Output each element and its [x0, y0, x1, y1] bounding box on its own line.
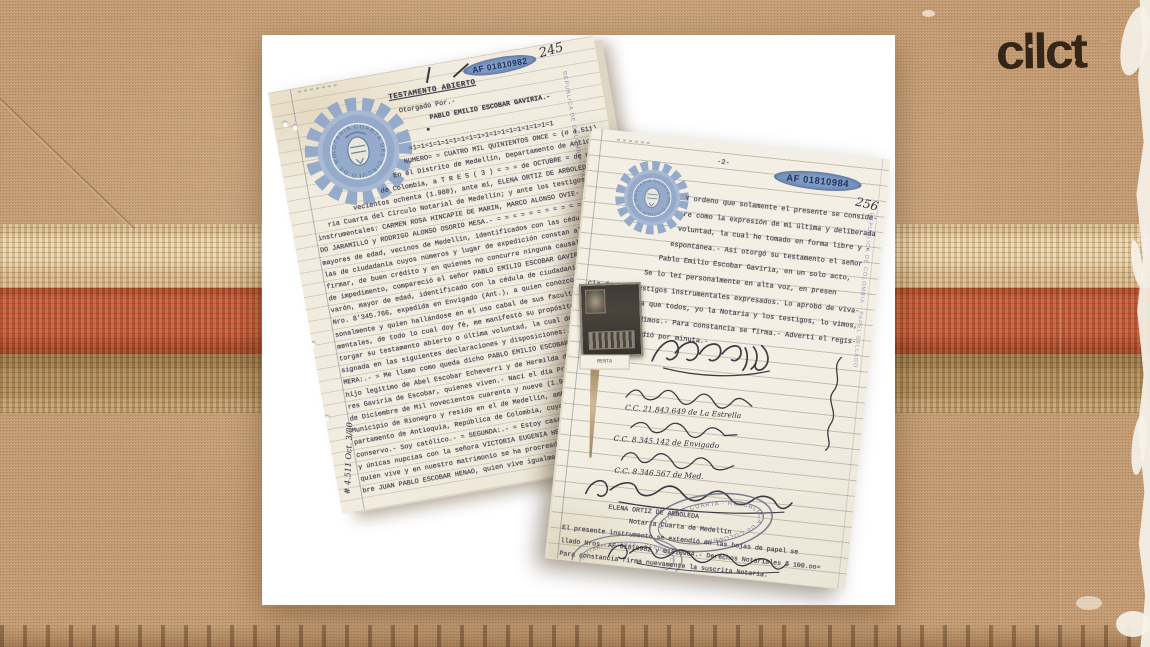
logo-distress-speck	[1028, 44, 1033, 48]
fabric-crease-vertical	[1058, 0, 1061, 647]
testament-page-2: -2- AF 01810984 256 NOTARIA CUARTA DEL C…	[547, 128, 891, 589]
ink-dot	[426, 127, 429, 130]
grantor-name: PABLO EMILIO ESCOBAR GAVIRIA.-	[429, 93, 551, 122]
margin-scribble-signature	[817, 352, 850, 456]
punch-hole	[323, 414, 331, 422]
page: cllct NOTARIA CUARTA DEL CIRCULO DE MEDE…	[0, 0, 1150, 647]
logo-distress-speck	[1100, 40, 1106, 43]
fabric-dirt-band	[0, 625, 1150, 647]
paint-speck	[922, 10, 935, 17]
paint-speck	[1076, 596, 1102, 610]
revenue-stamp-sliver	[586, 369, 600, 457]
photo-card: NOTARIA CUARTA DEL CIRCULO DE MEDELLIN T…	[262, 35, 895, 605]
oval-stamp-text: NOTARIA CUARTA · REPUBLICA DE COLOMBIA	[580, 541, 674, 578]
paint-speck	[1116, 611, 1150, 637]
logo-distress-speck	[1072, 58, 1076, 62]
serial-stamp: AF 01810984	[773, 167, 862, 194]
serial-stamp: AF 01810982	[462, 51, 538, 80]
folio-number: 245	[537, 40, 565, 61]
page-number: -2-	[717, 158, 730, 167]
edge-print	[617, 139, 653, 145]
punch-hole	[309, 340, 317, 348]
cllct-logo: cllct	[996, 23, 1086, 82]
notary-oval-stamp-2: NOTARIA CUARTA · REPUBLICA DE COLOMBIA	[567, 530, 687, 589]
signature-x-mark: x	[633, 340, 639, 350]
margin-annotation: # 4.511 Oct. 3/80	[343, 422, 355, 494]
svg-text:NOTARIA CUARTA · REPUBLICA DE: NOTARIA CUARTA · REPUBLICA DE COLOMBIA	[580, 541, 674, 578]
fabric-crease	[0, 86, 135, 231]
cllct-logo-text: cllct	[996, 24, 1086, 81]
punch-hole	[281, 120, 289, 128]
pen-slash	[426, 67, 430, 83]
revenue-stamp-label: RENTA	[580, 355, 630, 370]
edge-print	[298, 83, 340, 92]
